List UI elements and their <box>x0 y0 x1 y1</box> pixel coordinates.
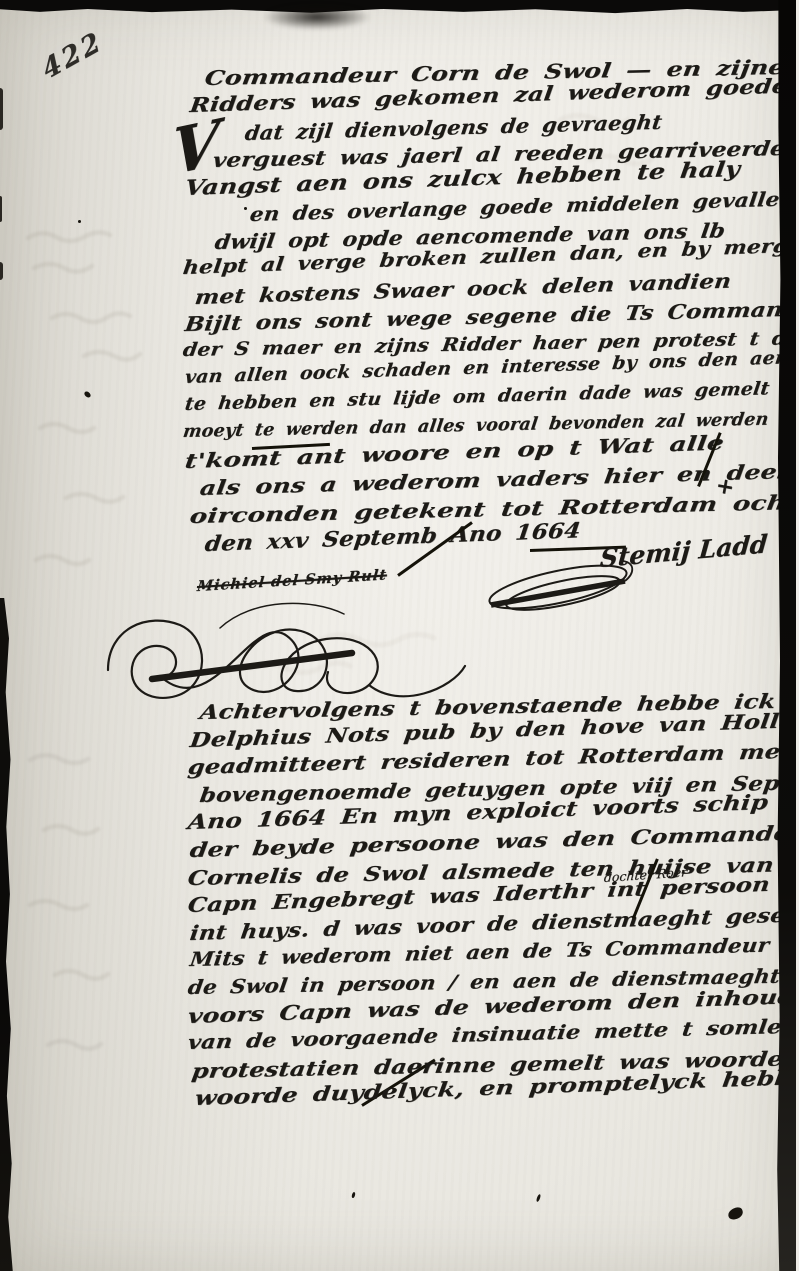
page-scan: 422 Commandeur Corn de Swol — en zijne w… <box>0 0 799 1271</box>
scan-edge-mark <box>0 196 2 222</box>
scan-edge-mark <box>0 88 3 130</box>
ink-speck <box>244 207 247 210</box>
ink-speck <box>78 220 81 223</box>
ink-smudge <box>262 4 372 30</box>
flourish-capital: V <box>171 111 220 185</box>
scan-edge-mark <box>0 262 3 280</box>
